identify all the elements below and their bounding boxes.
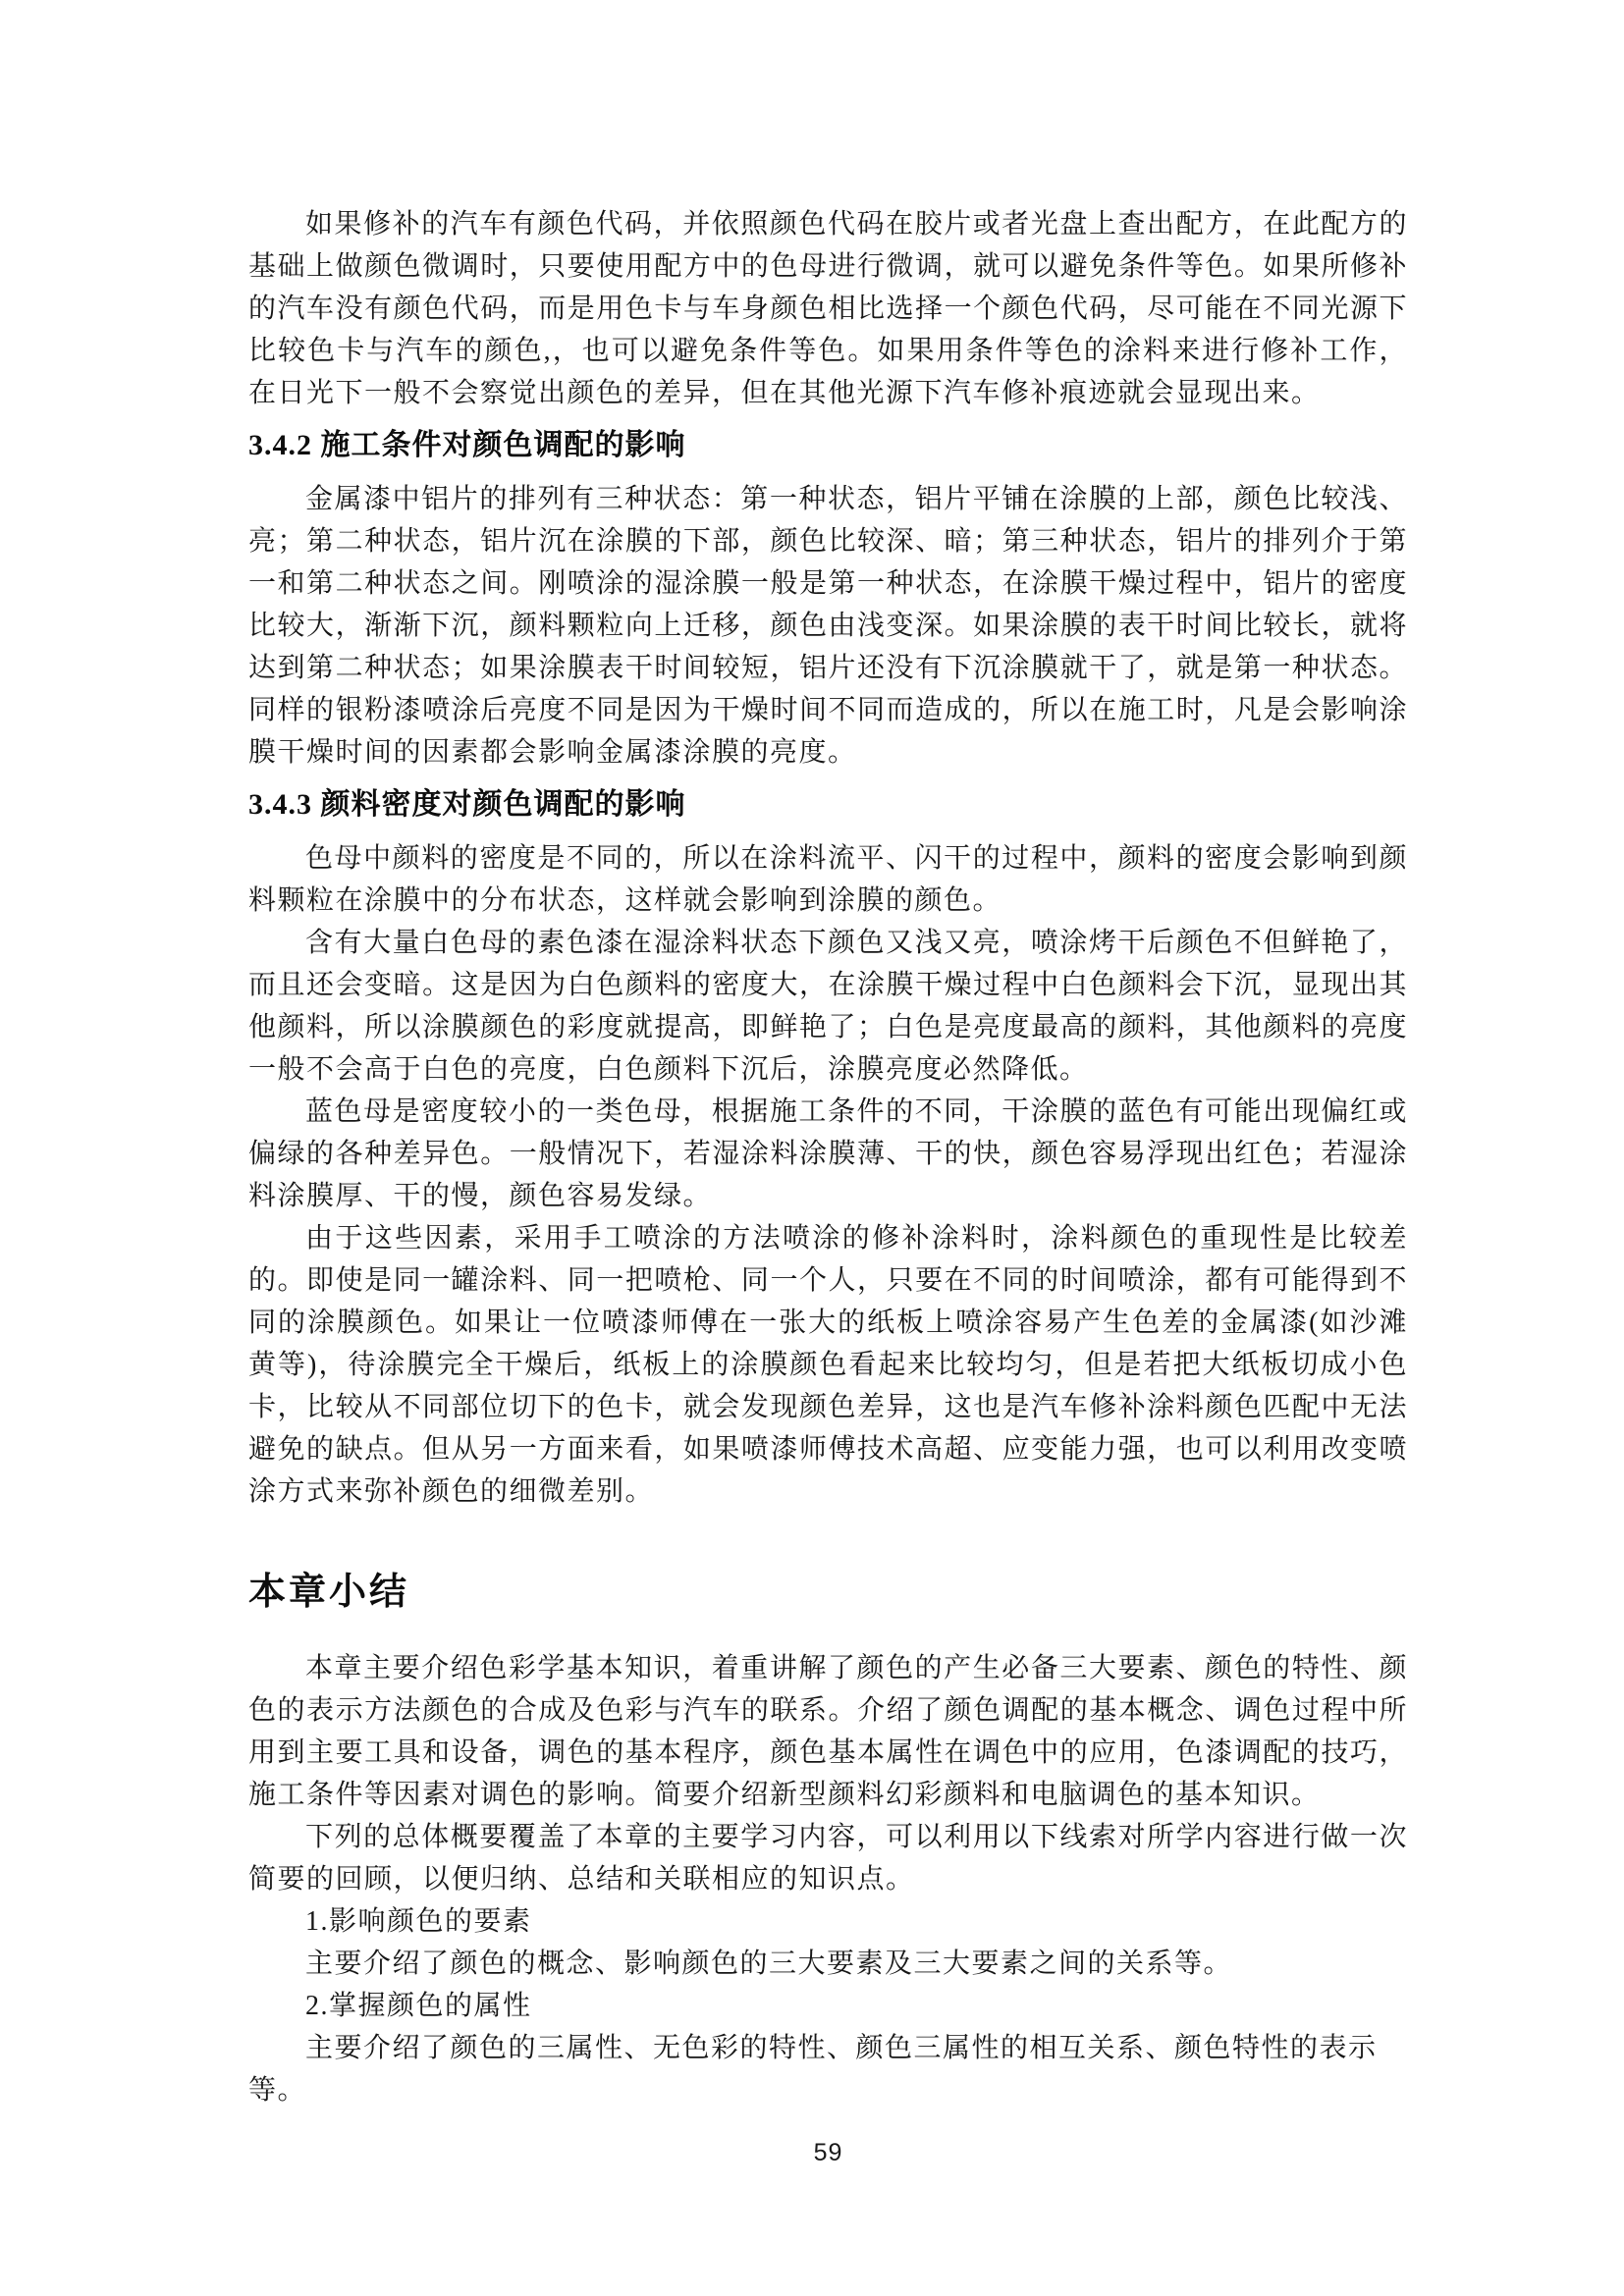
outline-item-1-label: 1.影响颜色的要素: [248, 1900, 1408, 1943]
outline-item-1-description: 主要介绍了颜色的概念、影响颜色的三大要素及三大要素之间的关系等。: [248, 1943, 1408, 1985]
summary-paragraph-1: 本章主要介绍色彩学基本知识，着重讲解了颜色的产生必备三大要素、颜色的特性、颜色的…: [248, 1647, 1408, 1816]
section-3-4-3-paragraph-1: 色母中颜料的密度是不同的，所以在涂料流平、闪干的过程中，颜料的密度会影响到颜料颗…: [248, 837, 1408, 922]
chapter-summary-title: 本章小结: [248, 1567, 1408, 1618]
outline-item-2-description: 主要介绍了颜色的三属性、无色彩的特性、颜色三属性的相互关系、颜色特性的表示等。: [248, 2027, 1408, 2111]
section-3-4-3-paragraph-3: 蓝色母是密度较小的一类色母，根据施工条件的不同，干涂膜的蓝色有可能出现偏红或偏绿…: [248, 1091, 1408, 1217]
page-number: 59: [248, 2139, 1408, 2167]
section-3-4-3-paragraph-4: 由于这些因素，采用手工喷涂的方法喷涂的修补涂料时，涂料颜色的重现性是比较差的。即…: [248, 1217, 1408, 1513]
document-page: 如果修补的汽车有颜色代码，并依照颜色代码在胶片或者光盘上查出配方，在此配方的基础…: [0, 0, 1624, 2296]
summary-paragraph-2: 下列的总体概要覆盖了本章的主要学习内容，可以利用以下线索对所学内容进行做一次简要…: [248, 1816, 1408, 1900]
outline-item-2-label: 2.掌握颜色的属性: [248, 1985, 1408, 2027]
section-heading-3-4-2: 3.4.2 施工条件对颜色调配的影响: [248, 424, 1408, 466]
section-3-4-2-paragraph: 金属漆中铝片的排列有三种状态：第一种状态，铝片平铺在涂膜的上部，颜色比较浅、亮；…: [248, 478, 1408, 774]
intro-paragraph: 如果修补的汽车有颜色代码，并依照颜色代码在胶片或者光盘上查出配方，在此配方的基础…: [248, 203, 1408, 414]
section-3-4-3-paragraph-2: 含有大量白色母的素色漆在湿涂料状态下颜色又浅又亮，喷涂烤干后颜色不但鲜艳了，而且…: [248, 922, 1408, 1091]
section-heading-3-4-3: 3.4.3 颜料密度对颜色调配的影响: [248, 783, 1408, 826]
